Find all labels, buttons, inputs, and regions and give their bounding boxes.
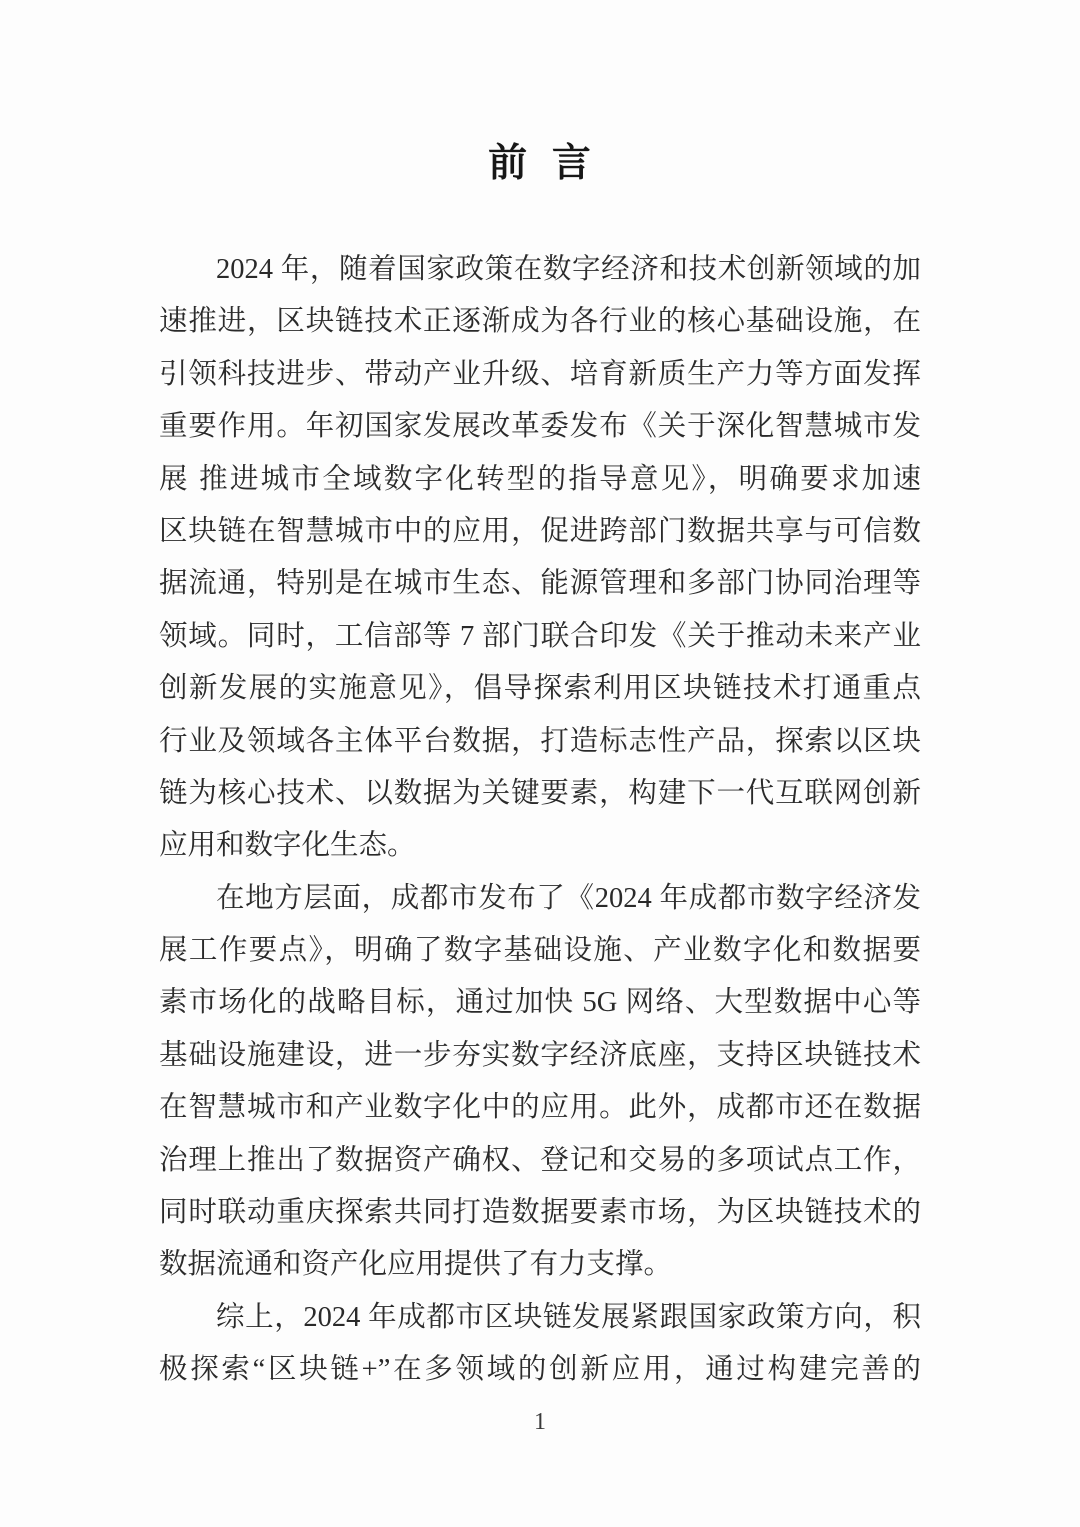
page-title: 前 言 [0,138,1080,190]
text-line: 展 推进城市全域数字化转型的指导意见》，明确要求加速 [159,454,921,506]
text-line: 治理上推出了数据资产确权、登记和交易的多项试点工作， [159,1135,921,1187]
text-line: 据流通，特别是在城市生态、能源管理和多部门协同治理等 [159,558,921,610]
text-line: 应用和数字化生态。 [159,820,921,872]
text-line: 链为核心技术、以数据为关键要素，构建下一代互联网创新 [159,768,921,820]
paragraph: 2024 年，随着国家政策在数字经济和技术创新领域的加速推进，区块链技术正逐渐成… [159,244,921,873]
text-line: 2024 年，随着国家政策在数字经济和技术创新领域的加 [159,244,921,296]
page-number: 1 [0,1406,1080,1438]
text-line: 重要作用。年初国家发展改革委发布《关于深化智慧城市发 [159,401,921,453]
text-line: 引领科技进步、带动产业升级、培育新质生产力等方面发挥 [159,349,921,401]
text-line: 综上，2024 年成都市区块链发展紧跟国家政策方向，积 [159,1292,921,1344]
text-line: 极探索“区块链+”在多领域的创新应用，通过构建完善的 [159,1344,921,1396]
text-line: 同时联动重庆探索共同打造数据要素市场，为区块链技术的 [159,1187,921,1239]
text-line: 基础设施建设，进一步夯实数字经济底座，支持区块链技术 [159,1030,921,1082]
text-line: 速推进，区块链技术正逐渐成为各行业的核心基础设施，在 [159,296,921,348]
paragraph: 在地方层面，成都市发布了《2024 年成都市数字经济发展工作要点》，明确了数字基… [159,873,921,1292]
text-line: 区块链在智慧城市中的应用，促进跨部门数据共享与可信数 [159,506,921,558]
text-line: 数据流通和资产化应用提供了有力支撑。 [159,1239,921,1291]
text-line: 在地方层面，成都市发布了《2024 年成都市数字经济发 [159,873,921,925]
document-page: 前 言 2024 年，随着国家政策在数字经济和技术创新领域的加速推进，区块链技术… [0,0,1080,1527]
paragraph: 综上，2024 年成都市区块链发展紧跟国家政策方向，积极探索“区块链+”在多领域… [159,1292,921,1397]
document-body: 2024 年，随着国家政策在数字经济和技术创新领域的加速推进，区块链技术正逐渐成… [159,244,921,1397]
text-line: 创新发展的实施意见》，倡导探索利用区块链技术打通重点 [159,663,921,715]
text-line: 领域。同时，工信部等 7 部门联合印发《关于推动未来产业 [159,611,921,663]
text-line: 素市场化的战略目标，通过加快 5G 网络、大型数据中心等 [159,977,921,1029]
text-line: 行业及领域各主体平台数据，打造标志性产品，探索以区块 [159,716,921,768]
text-line: 在智慧城市和产业数字化中的应用。此外，成都市还在数据 [159,1082,921,1134]
text-line: 展工作要点》，明确了数字基础设施、产业数字化和数据要 [159,925,921,977]
